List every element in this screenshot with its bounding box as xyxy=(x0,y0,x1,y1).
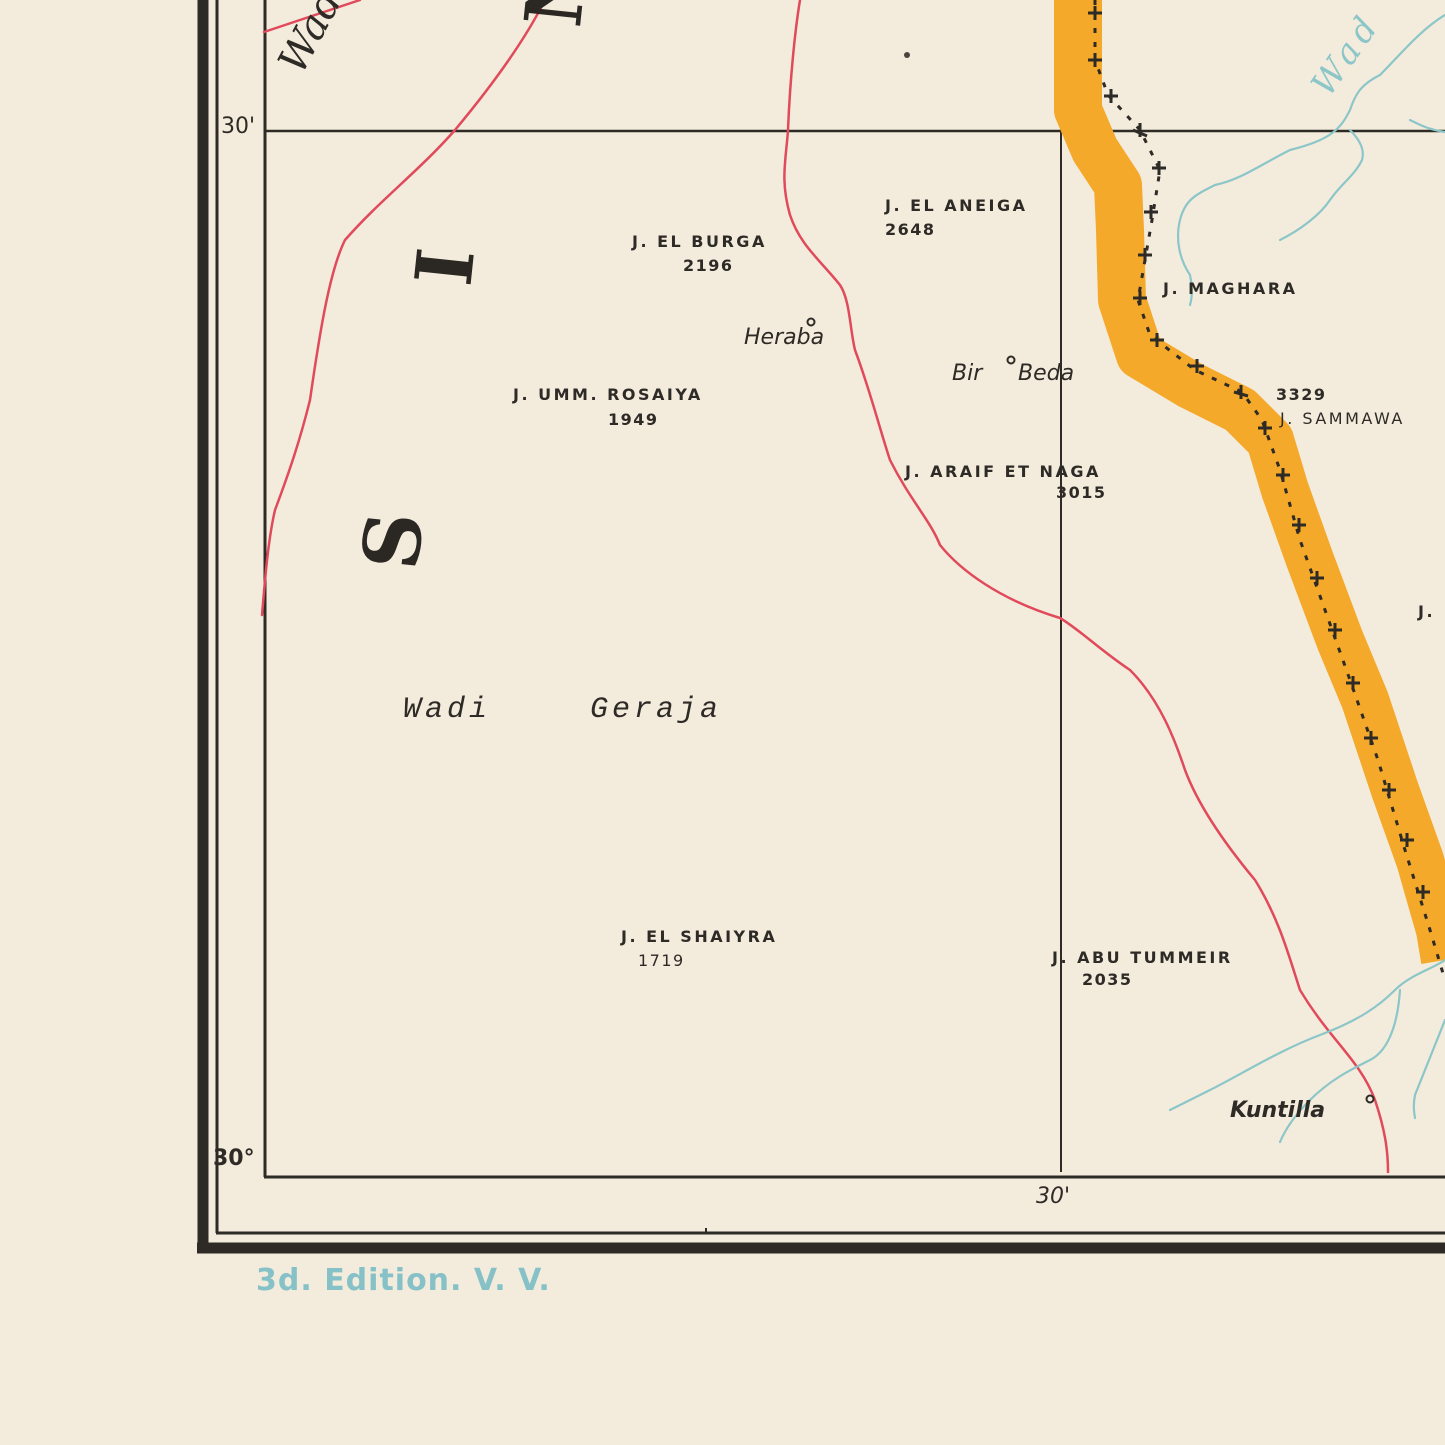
road-lines xyxy=(262,0,1388,1172)
wadi-geraia-label-2: Geraja xyxy=(590,695,722,725)
coord-bottom-30min: 30' xyxy=(1036,1186,1070,1208)
mountain-el-aneiga-elevation: 2648 xyxy=(885,222,936,238)
mountain-el-shaiyra: J. EL SHAIYRA xyxy=(621,929,777,945)
mountain-el-aneiga: J. EL ANEIGA xyxy=(885,198,1027,214)
place-kuntilla: Kuntilla xyxy=(1230,1100,1325,1122)
map-frame xyxy=(197,0,1445,1250)
map-linework xyxy=(0,0,1445,1445)
coord-left-30deg: 30° xyxy=(213,1148,255,1170)
mountain-umm-rosaiya-elevation: 1949 xyxy=(608,412,659,428)
region-letter-s: S xyxy=(352,509,435,573)
mountain-partial-right: J. xyxy=(1418,604,1435,620)
edition-note: 3d. Edition. V. V. xyxy=(256,1266,551,1296)
mountain-araif-et-naga: J. ARAIF ET NAGA xyxy=(905,464,1101,480)
mountain-abu-tummeir-elevation: 2035 xyxy=(1082,972,1133,988)
wadi-geraia-label-1: Wadi xyxy=(403,695,491,725)
mountain-el-burga-elevation: 2196 xyxy=(683,258,734,274)
mountain-maghara: J. MAGHARA xyxy=(1163,281,1298,297)
mountain-abu-tummeir: J. ABU TUMMEIR xyxy=(1052,950,1233,966)
place-bir: Bir xyxy=(952,363,982,385)
border-band xyxy=(1078,0,1445,960)
place-heraba: Heraba xyxy=(744,327,824,349)
coord-left-30min: 30' xyxy=(221,116,255,138)
mountain-el-shaiyra-elevation: 1719 xyxy=(638,953,685,969)
place-beda: Beda xyxy=(1018,363,1074,385)
mountain-araif-et-naga-elevation: 3015 xyxy=(1056,485,1107,501)
mountain-sammawa: J. SAMMAWA xyxy=(1280,411,1405,427)
historical-map: I S N 30' 30° 30' Wadi Wad Wadi Geraja H… xyxy=(0,0,1445,1445)
mountain-sammawa-elevation: 3329 xyxy=(1276,387,1327,403)
mountain-umm-rosaiya: J. UMM. ROSAIYA xyxy=(513,387,703,403)
mountain-el-burga: J. EL BURGA xyxy=(632,234,767,250)
